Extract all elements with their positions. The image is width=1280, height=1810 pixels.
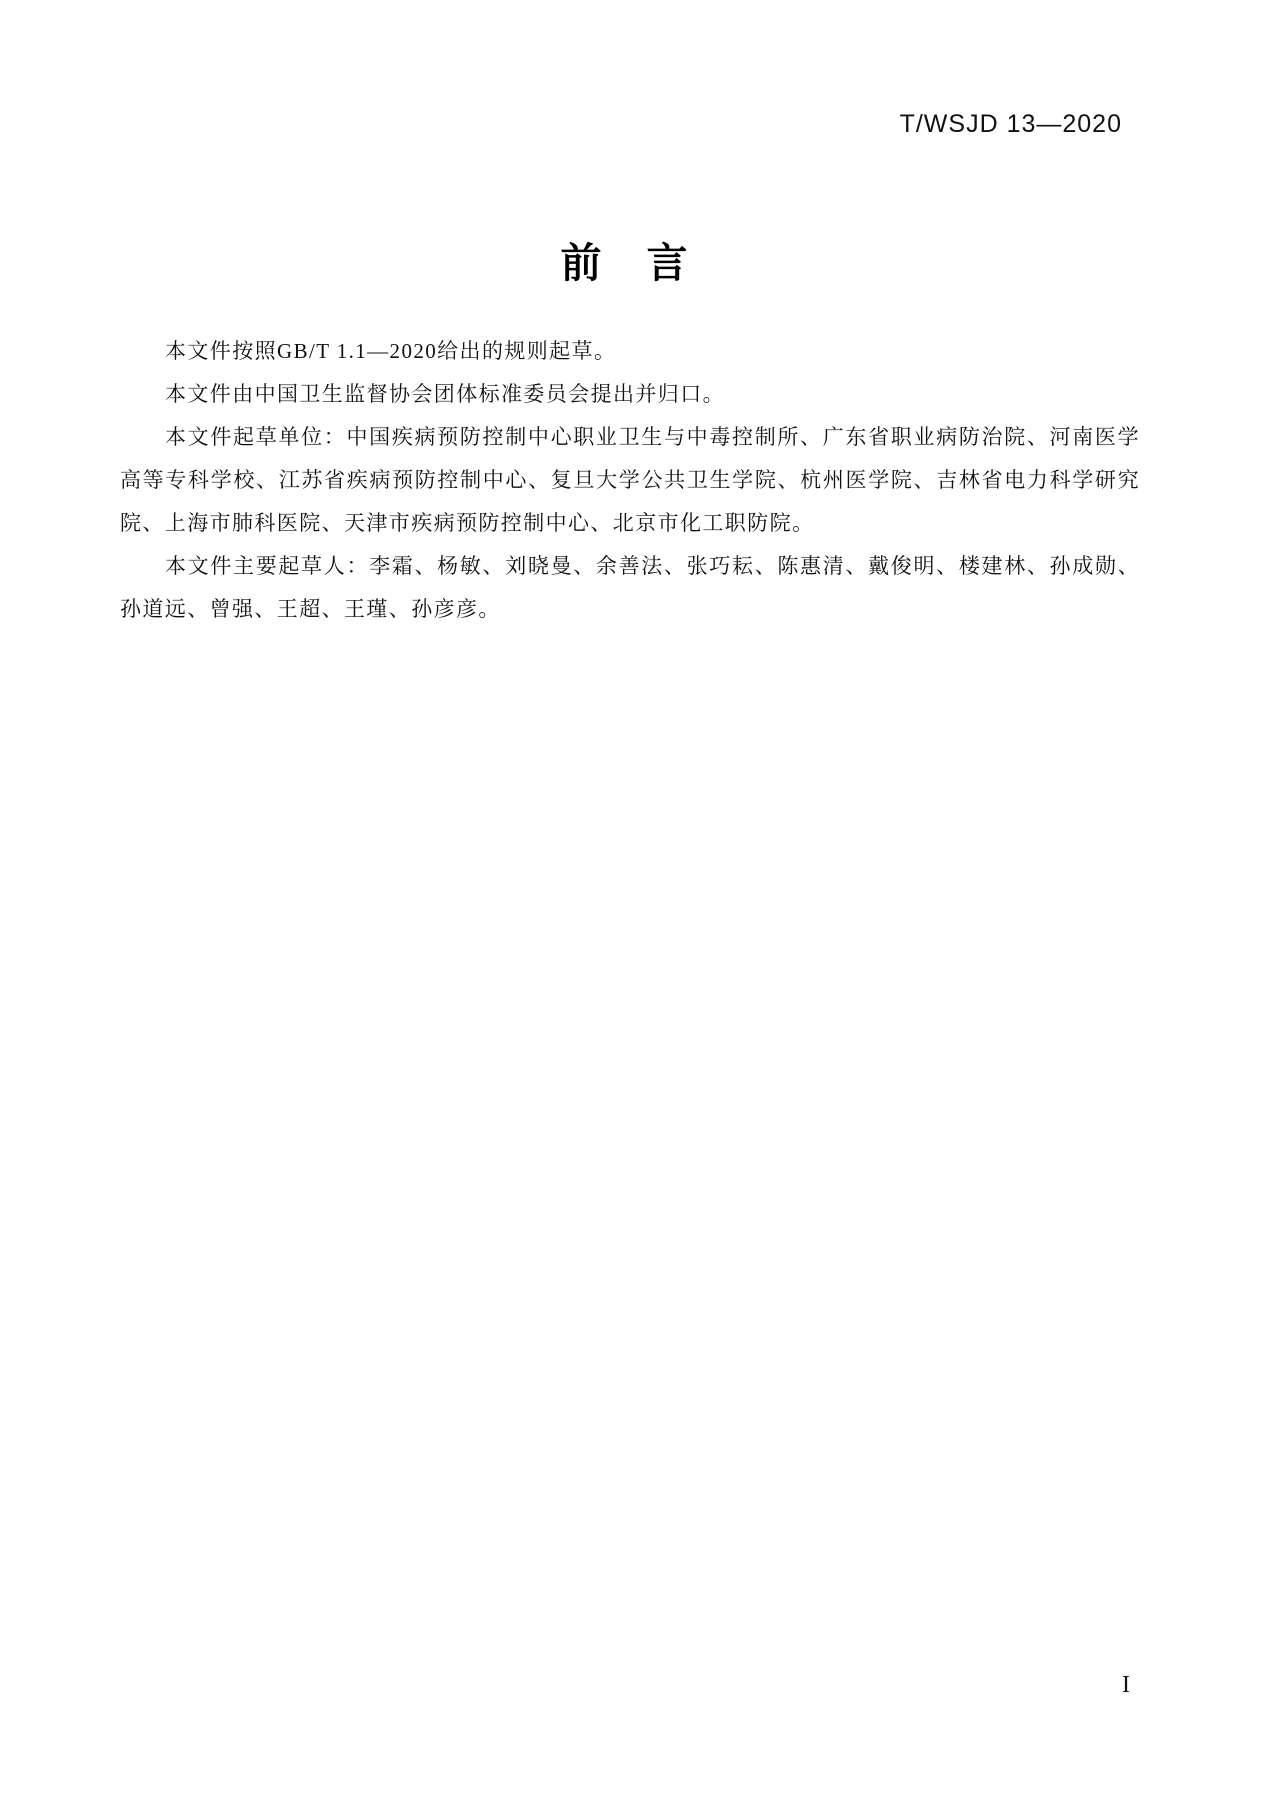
standard-number: T/WSJD 13—2020 <box>900 110 1122 139</box>
paragraph-drafting-rules: 本文件按照GB/T 1.1—2020给出的规则起草。 <box>120 330 1140 373</box>
paragraph-drafting-organizations: 本文件起草单位：中国疾病预防控制中心职业卫生与中毒控制所、广东省职业病防治院、河… <box>120 416 1140 545</box>
paragraph-proposed-by: 本文件由中国卫生监督协会团体标准委员会提出并归口。 <box>120 373 1140 416</box>
page-title: 前 言 <box>0 230 1250 289</box>
document-page: T/WSJD 13—2020 前 言 本文件按照GB/T 1.1—2020给出的… <box>0 0 1280 1810</box>
page-number: I <box>1122 1672 1130 1699</box>
foreword-body: 本文件按照GB/T 1.1—2020给出的规则起草。 本文件由中国卫生监督协会团… <box>120 330 1140 631</box>
paragraph-main-drafters: 本文件主要起草人：李霜、杨敏、刘晓曼、余善法、张巧耘、陈惠清、戴俊明、楼建林、孙… <box>120 545 1140 631</box>
